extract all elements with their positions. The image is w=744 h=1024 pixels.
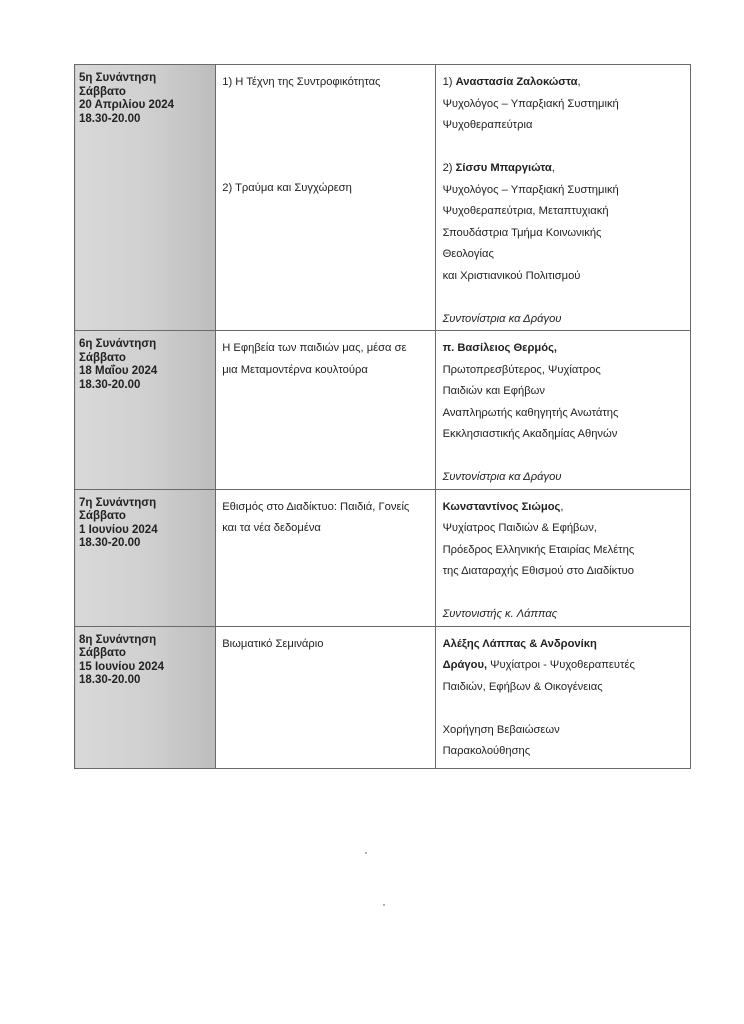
session-day: Σάββατο (79, 510, 211, 524)
speaker-title: της Διαταραχής Εθισμού στο Διαδίκτυο (443, 561, 684, 583)
speaker-name: π. Βασίλειος Θερμός, (443, 338, 684, 360)
topic-title: 2) Τραύμα και Συγχώρεση (222, 178, 428, 200)
session-day: Σάββατο (79, 86, 211, 100)
speaker-title: Θεολογίας (443, 244, 684, 266)
certificate-note: Παρακολούθησης (443, 741, 684, 763)
certificate-note: Χορήγηση Βεβαιώσεων (443, 720, 684, 742)
speaker-index: 2) (443, 162, 456, 174)
session-date-cell: 8η Συνάντηση Σάββατο 15 Ιουνίου 2024 18.… (75, 626, 216, 768)
session-speaker-cell: 1) Αναστασία Ζαλοκώστα, Ψυχολόγος – Υπαρ… (435, 65, 690, 331)
session-time: 18.30-20.00 (79, 537, 211, 551)
session-date: 20 Απριλίου 2024 (79, 99, 211, 113)
session-speaker-cell: Κωνσταντίνος Σιώμος, Ψυχίατρος Παιδιών &… (435, 489, 690, 626)
speaker-title: Ψυχολόγος – Υπαρξιακή Συστημική (443, 94, 684, 116)
session-date-cell: 7η Συνάντηση Σάββατο 1 Ιουνίου 2024 18.3… (75, 489, 216, 626)
scan-speck (383, 904, 385, 906)
session-number: 5η Συνάντηση (79, 72, 211, 86)
coordinator: Συντονιστής κ. Λάππας (443, 604, 684, 626)
session-row: 8η Συνάντηση Σάββατο 15 Ιουνίου 2024 18.… (75, 626, 691, 768)
speaker-name: Δράγου, (443, 659, 488, 671)
session-time: 18.30-20.00 (79, 113, 211, 127)
session-speaker-cell: Αλέξης Λάππας & Ανδρονίκη Δράγου, Ψυχίατ… (435, 626, 690, 768)
speaker-title: Εκκλησιαστικής Ακαδημίας Αθηνών (443, 424, 684, 446)
session-number: 8η Συνάντηση (79, 634, 211, 648)
punctuation: , (578, 76, 581, 88)
topic-title: Η Εφηβεία των παιδιών μας, μέσα σε (222, 338, 428, 360)
topic-title: μια Μεταμοντέρνα κουλτούρα (222, 360, 428, 382)
session-topic-cell: Η Εφηβεία των παιδιών μας, μέσα σε μια Μ… (216, 331, 435, 490)
coordinator: Συντονίστρια κα Δράγου (443, 309, 684, 331)
speaker-title: Ψυχολόγος – Υπαρξιακή Συστημική (443, 180, 684, 202)
session-row: 5η Συνάντηση Σάββατο 20 Απριλίου 2024 18… (75, 65, 691, 331)
session-speaker-cell: π. Βασίλειος Θερμός, Πρωτοπρεσβύτερος, Ψ… (435, 331, 690, 490)
session-day: Σάββατο (79, 647, 211, 661)
speaker-title: Παιδιών και Εφήβων (443, 381, 684, 403)
speaker-title: και Χριστιανικού Πολιτισμού (443, 266, 684, 288)
session-topic-cell: Βιωματικό Σεμινάριο (216, 626, 435, 768)
session-date: 15 Ιουνίου 2024 (79, 661, 211, 675)
session-date: 1 Ιουνίου 2024 (79, 524, 211, 538)
session-row: 7η Συνάντηση Σάββατο 1 Ιουνίου 2024 18.3… (75, 489, 691, 626)
speaker-title: Ψυχοθεραπεύτρια (443, 115, 684, 137)
session-number: 7η Συνάντηση (79, 497, 211, 511)
speaker-name: Αλέξης Λάππας & Ανδρονίκη (443, 634, 684, 656)
speaker-name-line: 1) Αναστασία Ζαλοκώστα, (443, 72, 684, 94)
speaker-index: 1) (443, 76, 456, 88)
punctuation: , (552, 162, 555, 174)
topic-title: και τα νέα δεδομένα (222, 518, 428, 540)
speaker-title: Αναπληρωτής καθηγητής Ανωτάτης (443, 403, 684, 425)
speaker-title: Πρόεδρος Ελληνικής Εταιρίας Μελέτης (443, 540, 684, 562)
session-date-cell: 6η Συνάντηση Σάββατο 18 Μαΐου 2024 18.30… (75, 331, 216, 490)
session-number: 6η Συνάντηση (79, 338, 211, 352)
topic-title: 1) Η Τέχνη της Συντροφικότητας (222, 72, 428, 94)
session-day: Σάββατο (79, 352, 211, 366)
speaker-title: Ψυχίατροι - Ψυχοθεραπευτές (487, 659, 635, 671)
topic-title: Βιωματικό Σεμινάριο (222, 634, 428, 656)
session-date-cell: 5η Συνάντηση Σάββατο 20 Απριλίου 2024 18… (75, 65, 216, 331)
schedule-table: 5η Συνάντηση Σάββατο 20 Απριλίου 2024 18… (74, 64, 691, 769)
session-time: 18.30-20.00 (79, 674, 211, 688)
session-date: 18 Μαΐου 2024 (79, 365, 211, 379)
coordinator: Συντονίστρια κα Δράγου (443, 467, 684, 489)
session-topic-cell: 1) Η Τέχνη της Συντροφικότητας 2) Τραύμα… (216, 65, 435, 331)
speaker-title: Ψυχίατρος Παιδιών & Εφήβων, (443, 518, 684, 540)
scan-speck (365, 852, 367, 854)
session-time: 18.30-20.00 (79, 379, 211, 393)
speaker-name: Αναστασία Ζαλοκώστα (456, 76, 578, 88)
speaker-title: Πρωτοπρεσβύτερος, Ψυχίατρος (443, 360, 684, 382)
speaker-title: Παιδιών, Εφήβων & Οικογένειας (443, 677, 684, 699)
speaker-name: Κωνσταντίνος Σιώμος (443, 501, 561, 513)
punctuation: , (560, 501, 563, 513)
topic-title: Εθισμός στο Διαδίκτυο: Παιδιά, Γονείς (222, 497, 428, 519)
speaker-name-line: 2) Σίσσυ Μπαργιώτα, (443, 158, 684, 180)
session-row: 6η Συνάντηση Σάββατο 18 Μαΐου 2024 18.30… (75, 331, 691, 490)
speaker-title: Ψυχοθεραπεύτρια, Μεταπτυχιακή (443, 201, 684, 223)
speaker-title: Σπουδάστρια Τμήμα Κοινωνικής (443, 223, 684, 245)
speaker-name-line: Δράγου, Ψυχίατροι - Ψυχοθεραπευτές (443, 655, 684, 677)
speaker-name-line: Κωνσταντίνος Σιώμος, (443, 497, 684, 519)
speaker-name: Σίσσυ Μπαργιώτα (456, 162, 552, 174)
session-topic-cell: Εθισμός στο Διαδίκτυο: Παιδιά, Γονείς κα… (216, 489, 435, 626)
